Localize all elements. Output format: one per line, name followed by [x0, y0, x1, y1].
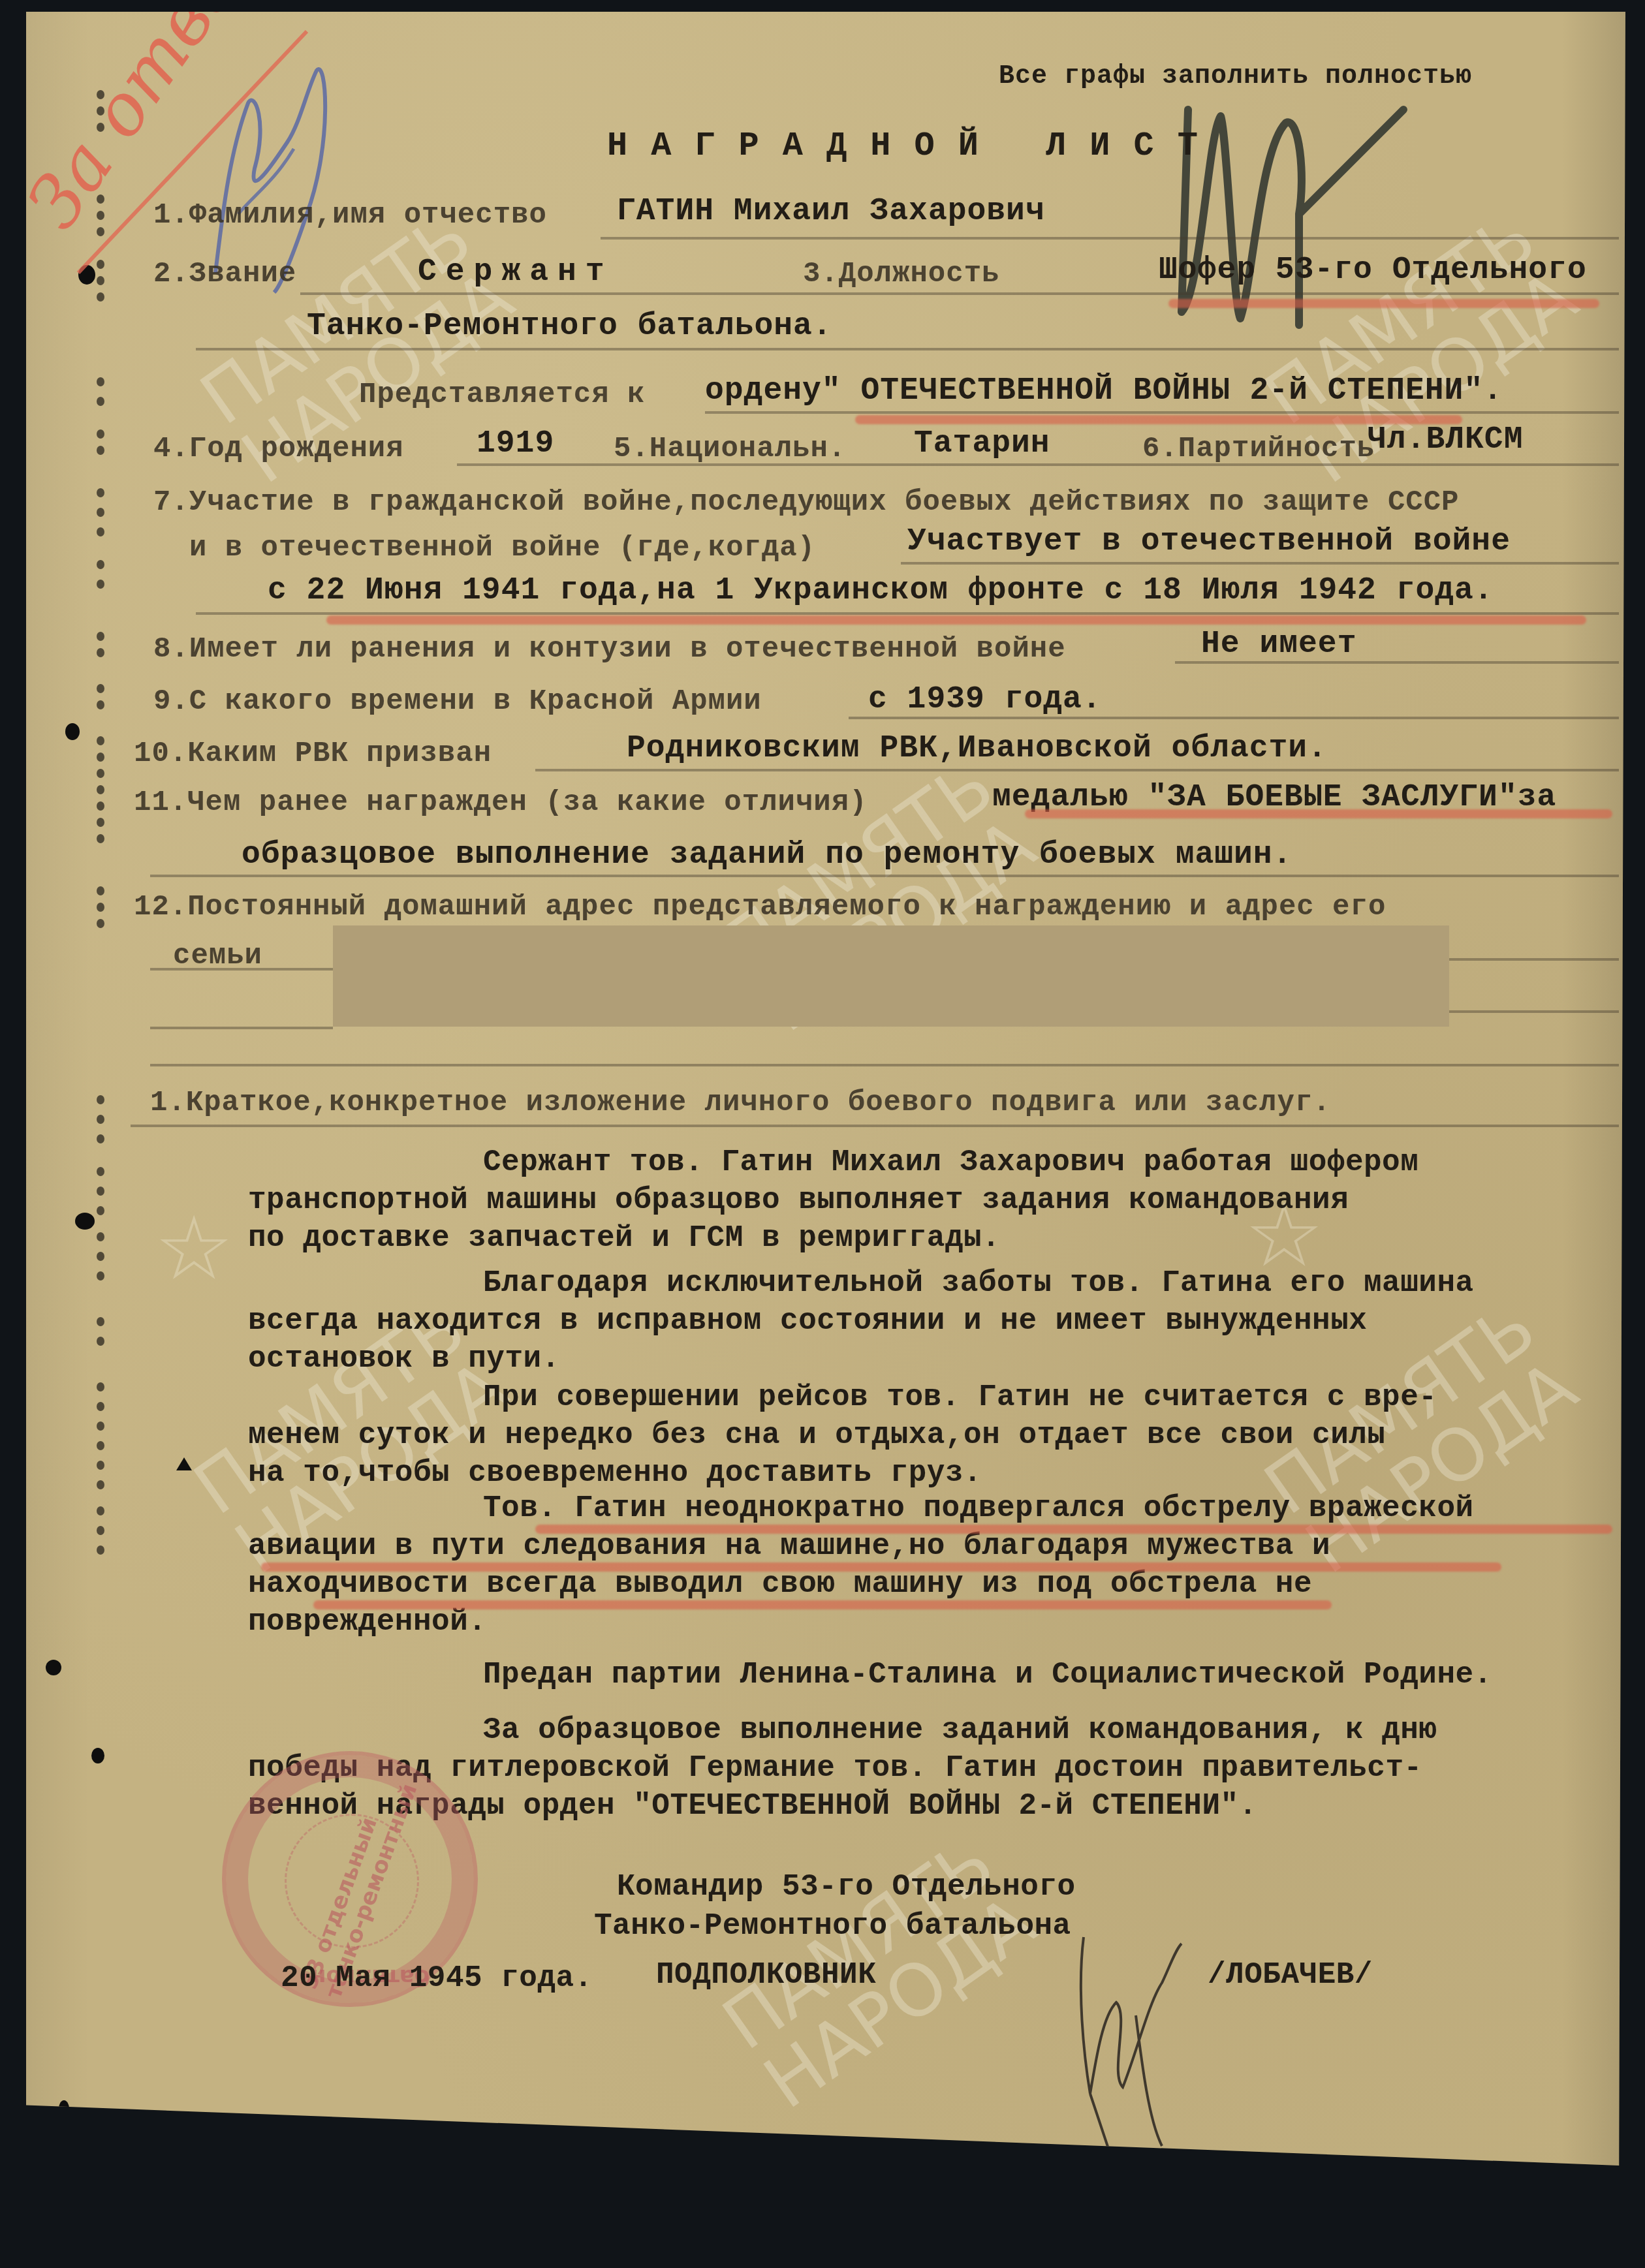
punch-hole — [91, 1748, 104, 1763]
binding-dot — [97, 508, 104, 517]
binding-dot — [97, 1134, 104, 1143]
narrative-line: авиации в пути следования на машине,но б… — [248, 1531, 1330, 1561]
narrative-line: Предан партии Ленина-Сталина и Социалист… — [483, 1660, 1492, 1690]
narrative-line: поврежденной. — [248, 1607, 486, 1637]
binding-dot — [97, 1421, 104, 1431]
field-6-value: Чл.ВЛКСМ — [1368, 424, 1523, 456]
binding-dot — [97, 801, 104, 811]
binding-dot — [97, 1480, 104, 1489]
binding-dot — [97, 769, 104, 778]
narrative-line: остановок в пути. — [248, 1344, 560, 1374]
watermark-star-icon: ☆ — [157, 1187, 231, 1311]
field-4-label: 4.Год рождения — [153, 435, 404, 463]
binding-dot — [97, 377, 104, 386]
binding-dot — [97, 1206, 104, 1215]
field-6-label: 6.Партийность — [1142, 435, 1375, 463]
binding-dot — [97, 1187, 104, 1196]
field-1-label: 1.Фамилия,имя отчество — [153, 201, 547, 230]
narrative-line: менем суток и нередко без сна и отдыха,о… — [248, 1420, 1385, 1450]
binding-dot — [97, 632, 104, 641]
binding-dot — [97, 1461, 104, 1470]
binding-dot — [97, 1402, 104, 1411]
field-2-label: 2.Звание — [153, 260, 296, 288]
field-3-value-cont: Танко-Ремонтного батальона. — [307, 311, 832, 342]
binding-dot — [97, 1095, 104, 1104]
commander-rank: ПОДПОЛКОВНИК — [656, 1960, 876, 1990]
field-12-label-cont: семьи — [173, 942, 262, 971]
field-3-label: 3.Должность — [803, 260, 999, 288]
field-4-value: 1919 — [477, 428, 554, 459]
binding-dot — [97, 785, 104, 794]
punch-hole — [65, 723, 80, 740]
binding-dot — [97, 886, 104, 895]
commander-signature — [1057, 1924, 1201, 2159]
binding-dot — [97, 90, 104, 99]
punch-hole — [75, 1213, 95, 1230]
commander-title-line1: Командир 53-го Отдельного — [617, 1872, 1076, 1902]
narrative-line: Благодаря исключительной заботы тов. Гат… — [483, 1268, 1474, 1298]
binding-dot — [97, 1526, 104, 1535]
field-11-label: 11.Чем ранее награжден (за какие отличия… — [134, 788, 868, 817]
redacted-address — [333, 925, 1449, 1027]
binding-dot — [97, 446, 104, 455]
field-7-value: Участвует в отечественной войне — [907, 526, 1511, 557]
nomination-value: ордену" ОТЕЧЕСТВЕННОЙ ВОЙНЫ 2-й СТЕПЕНИ"… — [705, 375, 1503, 407]
field-5-value: Татарин — [914, 428, 1050, 459]
binding-dot — [97, 260, 104, 269]
binding-dot — [97, 648, 104, 657]
field-5-label: 5.Национальн. — [614, 435, 846, 463]
commander-title-line2: Танко-Ремонтного батальона — [594, 1911, 1071, 1941]
binding-dot — [97, 397, 104, 406]
binding-dot — [97, 1271, 104, 1281]
narrative-line: За образцовое выполнение заданий командо… — [483, 1715, 1437, 1745]
binding-dot — [97, 1441, 104, 1450]
binding-dot — [97, 488, 104, 497]
binding-dot — [97, 1506, 104, 1515]
narrative-line: транспортной машины образцово выполняет … — [248, 1185, 1349, 1215]
binding-dot — [97, 1337, 104, 1346]
binding-dot — [97, 1232, 104, 1241]
binding-dot — [97, 903, 104, 912]
nomination-label: Представляется к — [359, 381, 645, 409]
binding-dot — [97, 684, 104, 693]
narrative-line: Сержант тов. Гатин Михаил Захарович рабо… — [483, 1147, 1418, 1177]
binding-dot — [97, 1167, 104, 1176]
binding-dot — [97, 736, 104, 745]
commander-name: /ЛОБАЧЕВ/ — [1208, 1960, 1373, 1990]
header-note: Все графы заполнить полностью — [999, 64, 1472, 90]
punch-hole — [59, 2100, 69, 2117]
field-12-label: 12.Постоянный домашний адрес представляе… — [134, 893, 1386, 922]
field-11-value-cont: образцовое выполнение заданий по ремонту… — [242, 839, 1292, 871]
binding-dot — [97, 123, 104, 132]
binding-dot — [97, 1252, 104, 1261]
binding-dot — [97, 700, 104, 709]
field-3-value: Шофер 53-го Отдельного — [1159, 255, 1587, 286]
binding-dot — [97, 818, 104, 827]
field-7-label: 7.Участие в гражданской войне,последующи… — [153, 488, 1460, 517]
field-2-value: Сержант — [418, 256, 614, 288]
field-7-value-cont: с 22 Июня 1941 года,на 1 Украинском фрон… — [268, 575, 1494, 606]
narrative-line: всегда находится в исправном состоянии и… — [248, 1306, 1367, 1336]
field-10-label: 10.Каким РВК призван — [134, 739, 492, 768]
field-8-label: 8.Имеет ли ранения и контузии в отечеств… — [153, 635, 1066, 664]
binding-dot — [97, 560, 104, 569]
field-1-value: ГАТИН Михаил Захарович — [617, 196, 1045, 227]
field-9-label: 9.С какого времени в Красной Армии — [153, 687, 762, 716]
narrative-line: по доставке запчастей и ГСМ в ремриггады… — [248, 1223, 1000, 1253]
field-7-label-cont: и в отечественной войне (где,когда) — [189, 534, 815, 563]
field-11-value: медалью "ЗА БОЕВЫЕ ЗАСЛУГИ"за — [992, 782, 1556, 813]
binding-dot — [97, 527, 104, 536]
punch-hole — [46, 1660, 61, 1675]
narrative-line: находчивости всегда выводил свою машину … — [248, 1569, 1312, 1599]
binding-dot — [97, 106, 104, 116]
binding-dot — [97, 211, 104, 220]
binding-dot — [97, 429, 104, 439]
binding-dot — [97, 580, 104, 589]
binding-dot — [97, 1382, 104, 1391]
binding-dot — [97, 1317, 104, 1326]
field-9-value: с 1939 года. — [868, 684, 1102, 715]
binding-dot — [97, 1546, 104, 1555]
binding-dot — [97, 834, 104, 843]
binding-dot — [97, 1115, 104, 1124]
narrative-line: на то,чтобы своевременно доставить груз. — [248, 1458, 982, 1488]
field-10-value: Родниковским РВК,Ивановской области. — [627, 733, 1327, 764]
binding-dot — [97, 292, 104, 302]
page-title: НАГРАДНОЙ ЛИСТ — [607, 129, 1221, 163]
binding-dot — [97, 753, 104, 762]
field-8-value: Не имеет — [1201, 629, 1356, 660]
document-date: 20 Мая 1945 года. — [281, 1963, 593, 1993]
narrative-line: Тов. Гатин неоднократно подвергался обст… — [483, 1493, 1474, 1523]
narrative-line: При совершении рейсов тов. Гатин не счит… — [483, 1382, 1437, 1412]
binding-dot — [97, 276, 104, 285]
summary-section-label: 1.Краткое,конкретное изложение личного б… — [150, 1089, 1331, 1117]
document-page: ПАМЯТЬ НАРОДА ПАМЯТЬ НАРОДА ПАМЯТЬ НАРОД… — [26, 12, 1625, 2166]
binding-dot — [97, 227, 104, 236]
binding-dot — [97, 919, 104, 928]
binding-dot — [97, 194, 104, 204]
